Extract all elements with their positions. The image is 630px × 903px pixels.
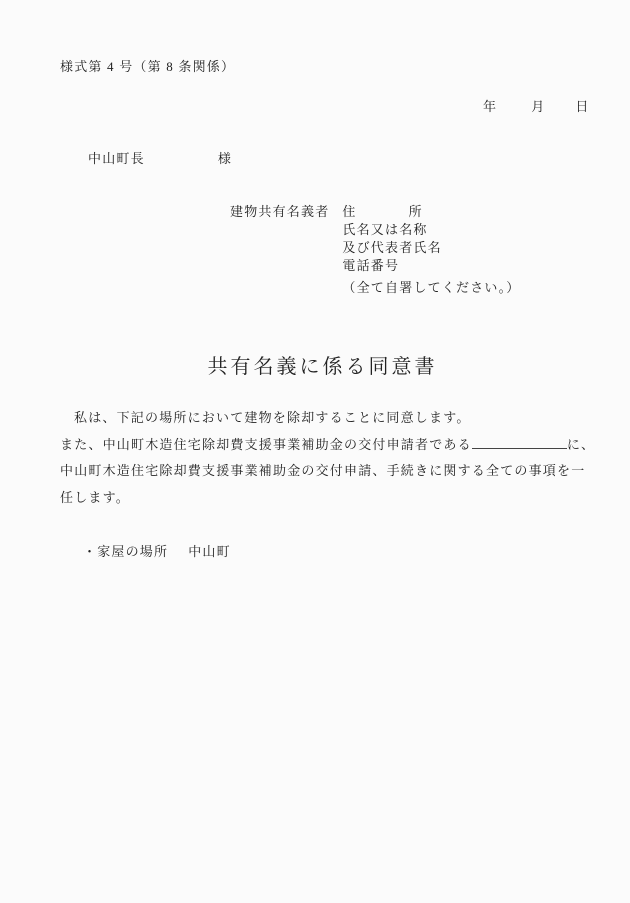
body-line-2: また、中山町木造住宅除却費支援事業補助金の交付申請者であるに、 [60,432,595,459]
body-line-3: 中山町木造住宅除却費支援事業補助金の交付申請、手続きに関する全ての事項を一 [60,458,595,485]
field-phone-label: 電話番号 [342,257,520,275]
document-page: 様式第 4 号（第 8 条関係） 年月日 中山町長様 建物共有名義者 住所 氏名… [0,0,630,903]
field-representative-label: 及び代表者氏名 [342,239,520,257]
date-day-label: 日 [575,99,589,114]
addressee-line: 中山町長様 [88,148,232,167]
body-line-4: 任します。 [60,485,595,512]
field-name-label: 氏名又は名称 [342,221,520,239]
address-label-left: 住 [342,204,356,219]
date-line: 年月日 [483,96,590,115]
signer-block: 建物共有名義者 住所 氏名又は名称 及び代表者氏名 電話番号 （全て自署してくだ… [230,203,521,297]
body-line-2-suffix: に、 [567,437,595,452]
applicant-name-blank [472,448,567,449]
body-line-1: 私は、下記の場所において建物を除却することに同意します。 [60,405,595,432]
body-line-2-text: また、中山町木造住宅除却費支援事業補助金の交付申請者である [60,437,472,452]
form-number: 様式第 4 号（第 8 条関係） [60,56,235,75]
signer-fields: 住所 氏名又は名称 及び代表者氏名 電話番号 （全て自署してください。） [342,203,520,297]
addressee-name: 中山町長 [88,151,145,166]
field-address-label: 住所 [342,203,520,221]
property-location-value: 中山町 [188,544,231,559]
body-paragraph: 私は、下記の場所において建物を除却することに同意します。 また、中山町木造住宅除… [60,405,595,511]
addressee-honorific: 様 [218,151,232,166]
date-month-label: 月 [531,99,545,114]
document-title: 共有名義に係る同意書 [60,350,585,379]
property-location-line: ・家屋の場所中山町 [83,541,231,560]
address-label-right: 所 [409,204,423,219]
property-location-label: ・家屋の場所 [83,544,168,559]
date-year-label: 年 [483,99,497,114]
signer-role-label: 建物共有名義者 [230,203,329,221]
signature-note: （全て自署してください。） [342,279,520,297]
